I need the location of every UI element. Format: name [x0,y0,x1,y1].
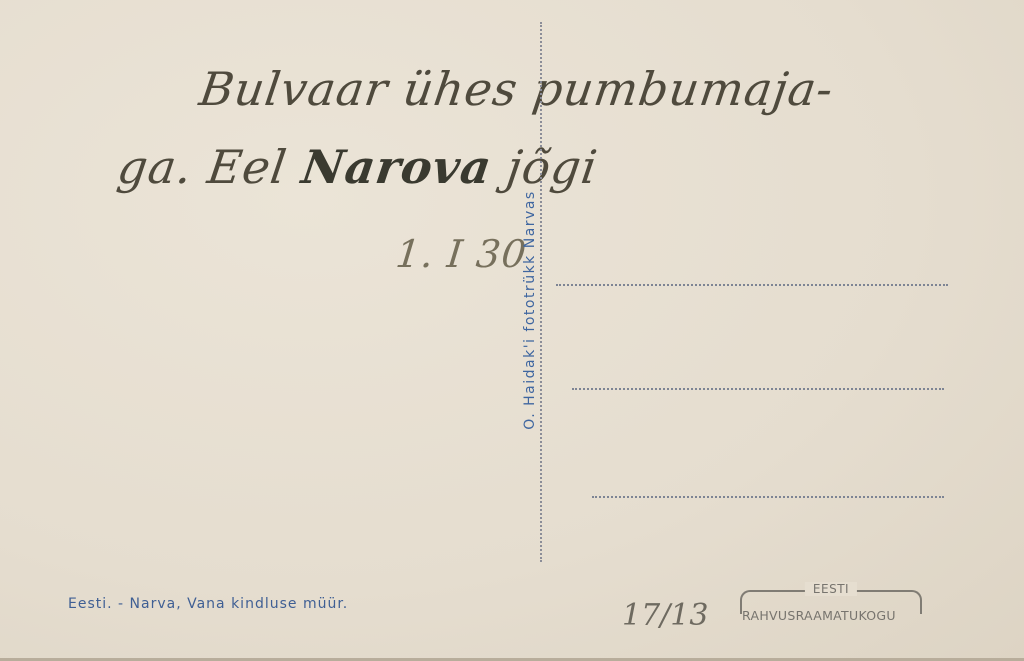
handwritten-river-name: Narova [298,140,495,194]
postcard-back: Bulvaar ühes pumbumaja- ga. Eel Narova j… [0,0,1024,661]
stamp-top-text: EESTI [805,582,857,596]
library-stamp: EESTI RAHVUSRAAMATUKOGU [736,582,926,632]
stamp-bottom-text: RAHVUSRAAMATUKOGU [742,608,896,623]
address-line-2 [572,388,944,390]
address-line-3 [592,496,944,498]
handwritten-line-2: ga. Eel Narova jõgi [114,140,601,194]
archive-number: 17/13 [622,598,708,633]
handwritten-date: 1. I 30 [394,232,529,276]
printer-credit: O. Haidak'i fototrükk Narvas [522,190,538,429]
postcard-caption: Eesti. - Narva, Vana kindluse müür. [68,596,348,612]
handwritten-line-2-start: ga. Eel [114,140,306,194]
handwritten-line-1: Bulvaar ühes pumbumaja- [196,62,837,116]
address-line-1 [556,284,948,286]
center-divider-line [540,22,542,562]
handwritten-line-2-end: jõgi [488,140,601,194]
